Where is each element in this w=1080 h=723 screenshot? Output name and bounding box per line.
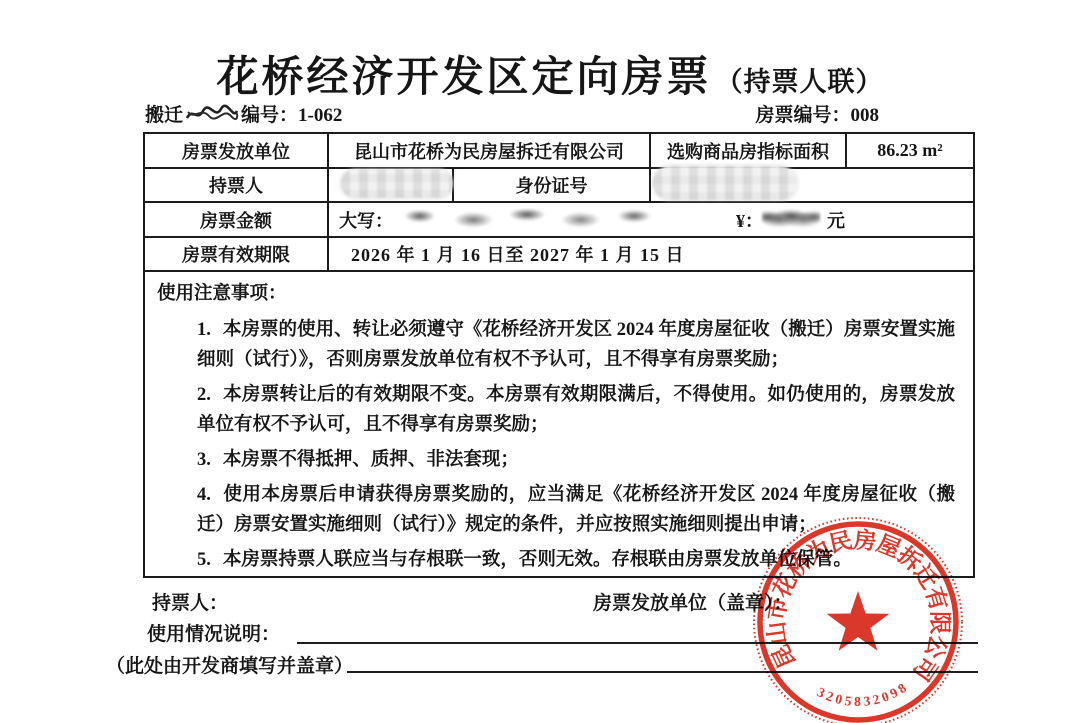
page-title: 花桥经济开发区定向房票: [216, 55, 711, 101]
note-number: 1.: [197, 320, 211, 340]
amount-words-prefix: 大写：: [339, 207, 393, 233]
ticket-number: 房票编号：008: [755, 100, 879, 127]
validity-value-cell: 2026 年 1 月 16 日至 2027 年 1 月 15 日: [329, 238, 973, 272]
amount-currency-suffix: 元: [827, 207, 845, 233]
note-item: 3.本房票不得抵押、质押、非法套现；: [157, 445, 955, 475]
holder-signature-label: 持票人：: [152, 588, 228, 615]
relocation-agreement-number: 搬迁 编号：1-062: [145, 100, 342, 127]
validity-label-cell: 房票有效期限: [145, 238, 329, 272]
usage-statement-label: 使用情况说明：: [147, 619, 280, 646]
amount-words-redaction: [393, 203, 661, 232]
holder-label-cell: 持票人: [145, 169, 329, 203]
usage-notes-heading: 使用注意事项：: [157, 279, 955, 309]
amount-currency-prefix: ¥：: [736, 207, 763, 233]
issuer-value-cell: 昆山市花桥为民房屋拆迁有限公司: [329, 134, 651, 169]
issuer-label-cell: 房票发放单位: [145, 134, 329, 169]
id-label-cell: 身份证号: [454, 169, 651, 203]
page-title-suffix: （持票人联）: [716, 67, 884, 97]
document-title-row: 花桥经济开发区定向房票 （持票人联）: [120, 44, 980, 104]
holder-name-redaction: [341, 169, 453, 198]
area-value-cell: 86.23 m²: [847, 134, 973, 169]
developer-note-label: （此处由开发商填写并盖章）: [106, 651, 353, 678]
company-seal: 昆山市花桥为民房屋拆迁有限公司 3205832098423: [750, 514, 966, 723]
id-number-redaction: [653, 166, 797, 200]
pen-scribble-redaction: [185, 103, 239, 125]
agreement-number-prefix: 搬迁: [145, 100, 183, 127]
note-number: 5.: [197, 550, 211, 570]
page: { "document": { "title": "花桥经济开发区定向房票", …: [0, 0, 1080, 723]
note-number: 3.: [197, 450, 211, 470]
note-item: 1.本房票的使用、转让必须遵守《花桥经济开发区 2024 年度房屋征收（搬迁）房…: [157, 315, 955, 375]
note-text: 本房票不得抵押、质押、非法套现；: [223, 450, 519, 470]
note-item: 2.本房票转让后的有效期限不变。本房票有效期限满后，不得使用。如仍使用的，房票发…: [157, 380, 955, 440]
area-label-cell: 选购商品房指标面积: [651, 134, 847, 169]
agreement-number-suffix: 编号：1-062: [241, 100, 342, 127]
note-text: 本房票的使用、转让必须遵守《花桥经济开发区 2024 年度房屋征收（搬迁）房票安…: [197, 320, 955, 370]
amount-label-cell: 房票金额: [145, 203, 329, 238]
info-table: 房票发放单位 昆山市花桥为民房屋拆迁有限公司 选购商品房指标面积 86.23 m…: [143, 132, 975, 578]
amount-figure-redaction: [762, 206, 820, 230]
note-number: 4.: [197, 485, 211, 505]
seal-star-icon: [827, 591, 890, 651]
note-number: 2.: [197, 385, 211, 405]
note-text: 本房票转让后的有效期限不变。本房票有效期限满后，不得使用。如仍使用的，房票发放单…: [197, 385, 955, 435]
